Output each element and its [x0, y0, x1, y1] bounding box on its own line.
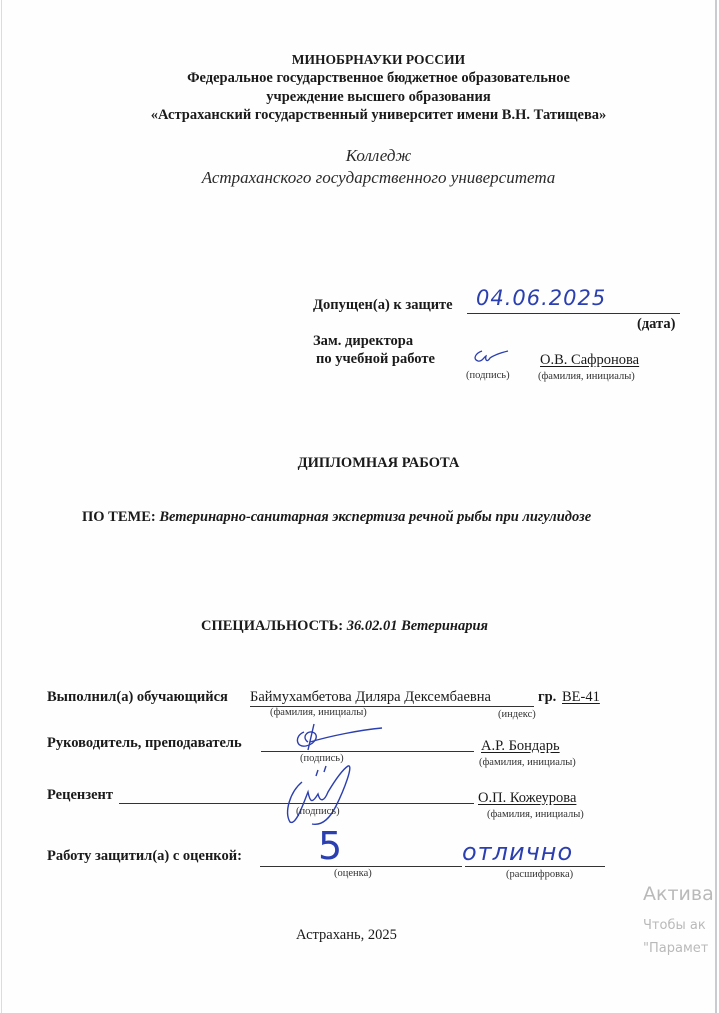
reviewer-name-caption: (фамилия, инициалы): [487, 809, 584, 820]
grade-text-underline: [465, 866, 605, 867]
student-name-caption: (фамилия, инициалы): [270, 707, 367, 718]
topic-value: Ветеринарно-санитарная экспертиза речной…: [159, 509, 591, 525]
grade-text-handwritten: отлично: [462, 838, 573, 866]
document-page: МИНОБРНАУКИ РОССИИ Федеральное государст…: [0, 0, 719, 1013]
supervisor-label: Руководитель, преподаватель: [47, 735, 242, 752]
date-underline: [467, 313, 680, 314]
group-value: ВЕ-41: [562, 689, 600, 706]
student-label: Выполнил(а) обучающийся: [47, 689, 228, 706]
document-type-title: ДИПЛОМНАЯ РАБОТА: [0, 455, 719, 472]
reviewer-label: Рецензент: [47, 787, 113, 804]
date-handwritten: 04.06.2025: [476, 286, 606, 310]
grade-handwritten: 5: [318, 824, 342, 868]
group-label: гр.: [538, 689, 556, 706]
activation-watermark-title: Актива: [643, 883, 714, 905]
student-name: Баймухамбетова Диляра Дексембаевна: [250, 689, 491, 706]
grade-text-caption: (расшифровка): [506, 869, 573, 880]
topic-line: ПО ТЕМЕ: Ветеринарно-санитарная эксперти…: [82, 509, 591, 526]
institution-line-3: «Астраханский государственный университе…: [0, 106, 719, 125]
supervisor-signature-icon: [290, 722, 385, 754]
institution-line-2: учреждение высшего образования: [0, 88, 719, 107]
group-caption: (индекс): [498, 709, 536, 720]
deputy-signature-icon: [468, 347, 513, 369]
supervisor-name-caption: (фамилия, инициалы): [479, 757, 576, 768]
institution-line-1: Федеральное государственное бюджетное об…: [0, 69, 719, 88]
deputy-label-line-2: по учебной работе: [316, 351, 435, 368]
college-line-2: Астраханского государственного университ…: [0, 167, 719, 189]
reviewer-signature-icon: [282, 762, 357, 828]
date-caption: (дата): [637, 316, 675, 333]
college-line-1: Колледж: [0, 145, 719, 167]
specialty-label: СПЕЦИАЛЬНОСТЬ:: [201, 618, 343, 634]
grade-caption: (оценка): [334, 868, 372, 879]
specialty-line: СПЕЦИАЛЬНОСТЬ: 36.02.01 Ветеринария: [201, 618, 488, 635]
ministry-title: МИНОБРНАУКИ РОССИИ: [0, 51, 719, 70]
grade-label: Работу защитил(а) с оценкой:: [47, 848, 242, 865]
topic-label: ПО ТЕМЕ:: [82, 509, 156, 525]
deputy-name-caption: (фамилия, инициалы): [538, 371, 635, 382]
deputy-name: О.В. Сафронова: [540, 352, 639, 369]
admitted-label: Допущен(а) к защите: [313, 297, 453, 314]
activation-watermark-line-2: "Парамет: [643, 941, 708, 956]
activation-watermark-line-1: Чтобы ак: [643, 918, 706, 933]
reviewer-name: О.П. Кожеурова: [478, 790, 576, 807]
specialty-value: 36.02.01 Ветеринария: [347, 618, 488, 634]
supervisor-name: А.Р. Бондарь: [481, 738, 560, 755]
deputy-signature-caption: (подпись): [466, 370, 510, 381]
reviewer-signature-caption: (подпись): [296, 806, 340, 817]
deputy-label-line-1: Зам. директора: [313, 333, 413, 350]
city-year: Астрахань, 2025: [296, 927, 397, 944]
grade-underline: [260, 866, 462, 867]
